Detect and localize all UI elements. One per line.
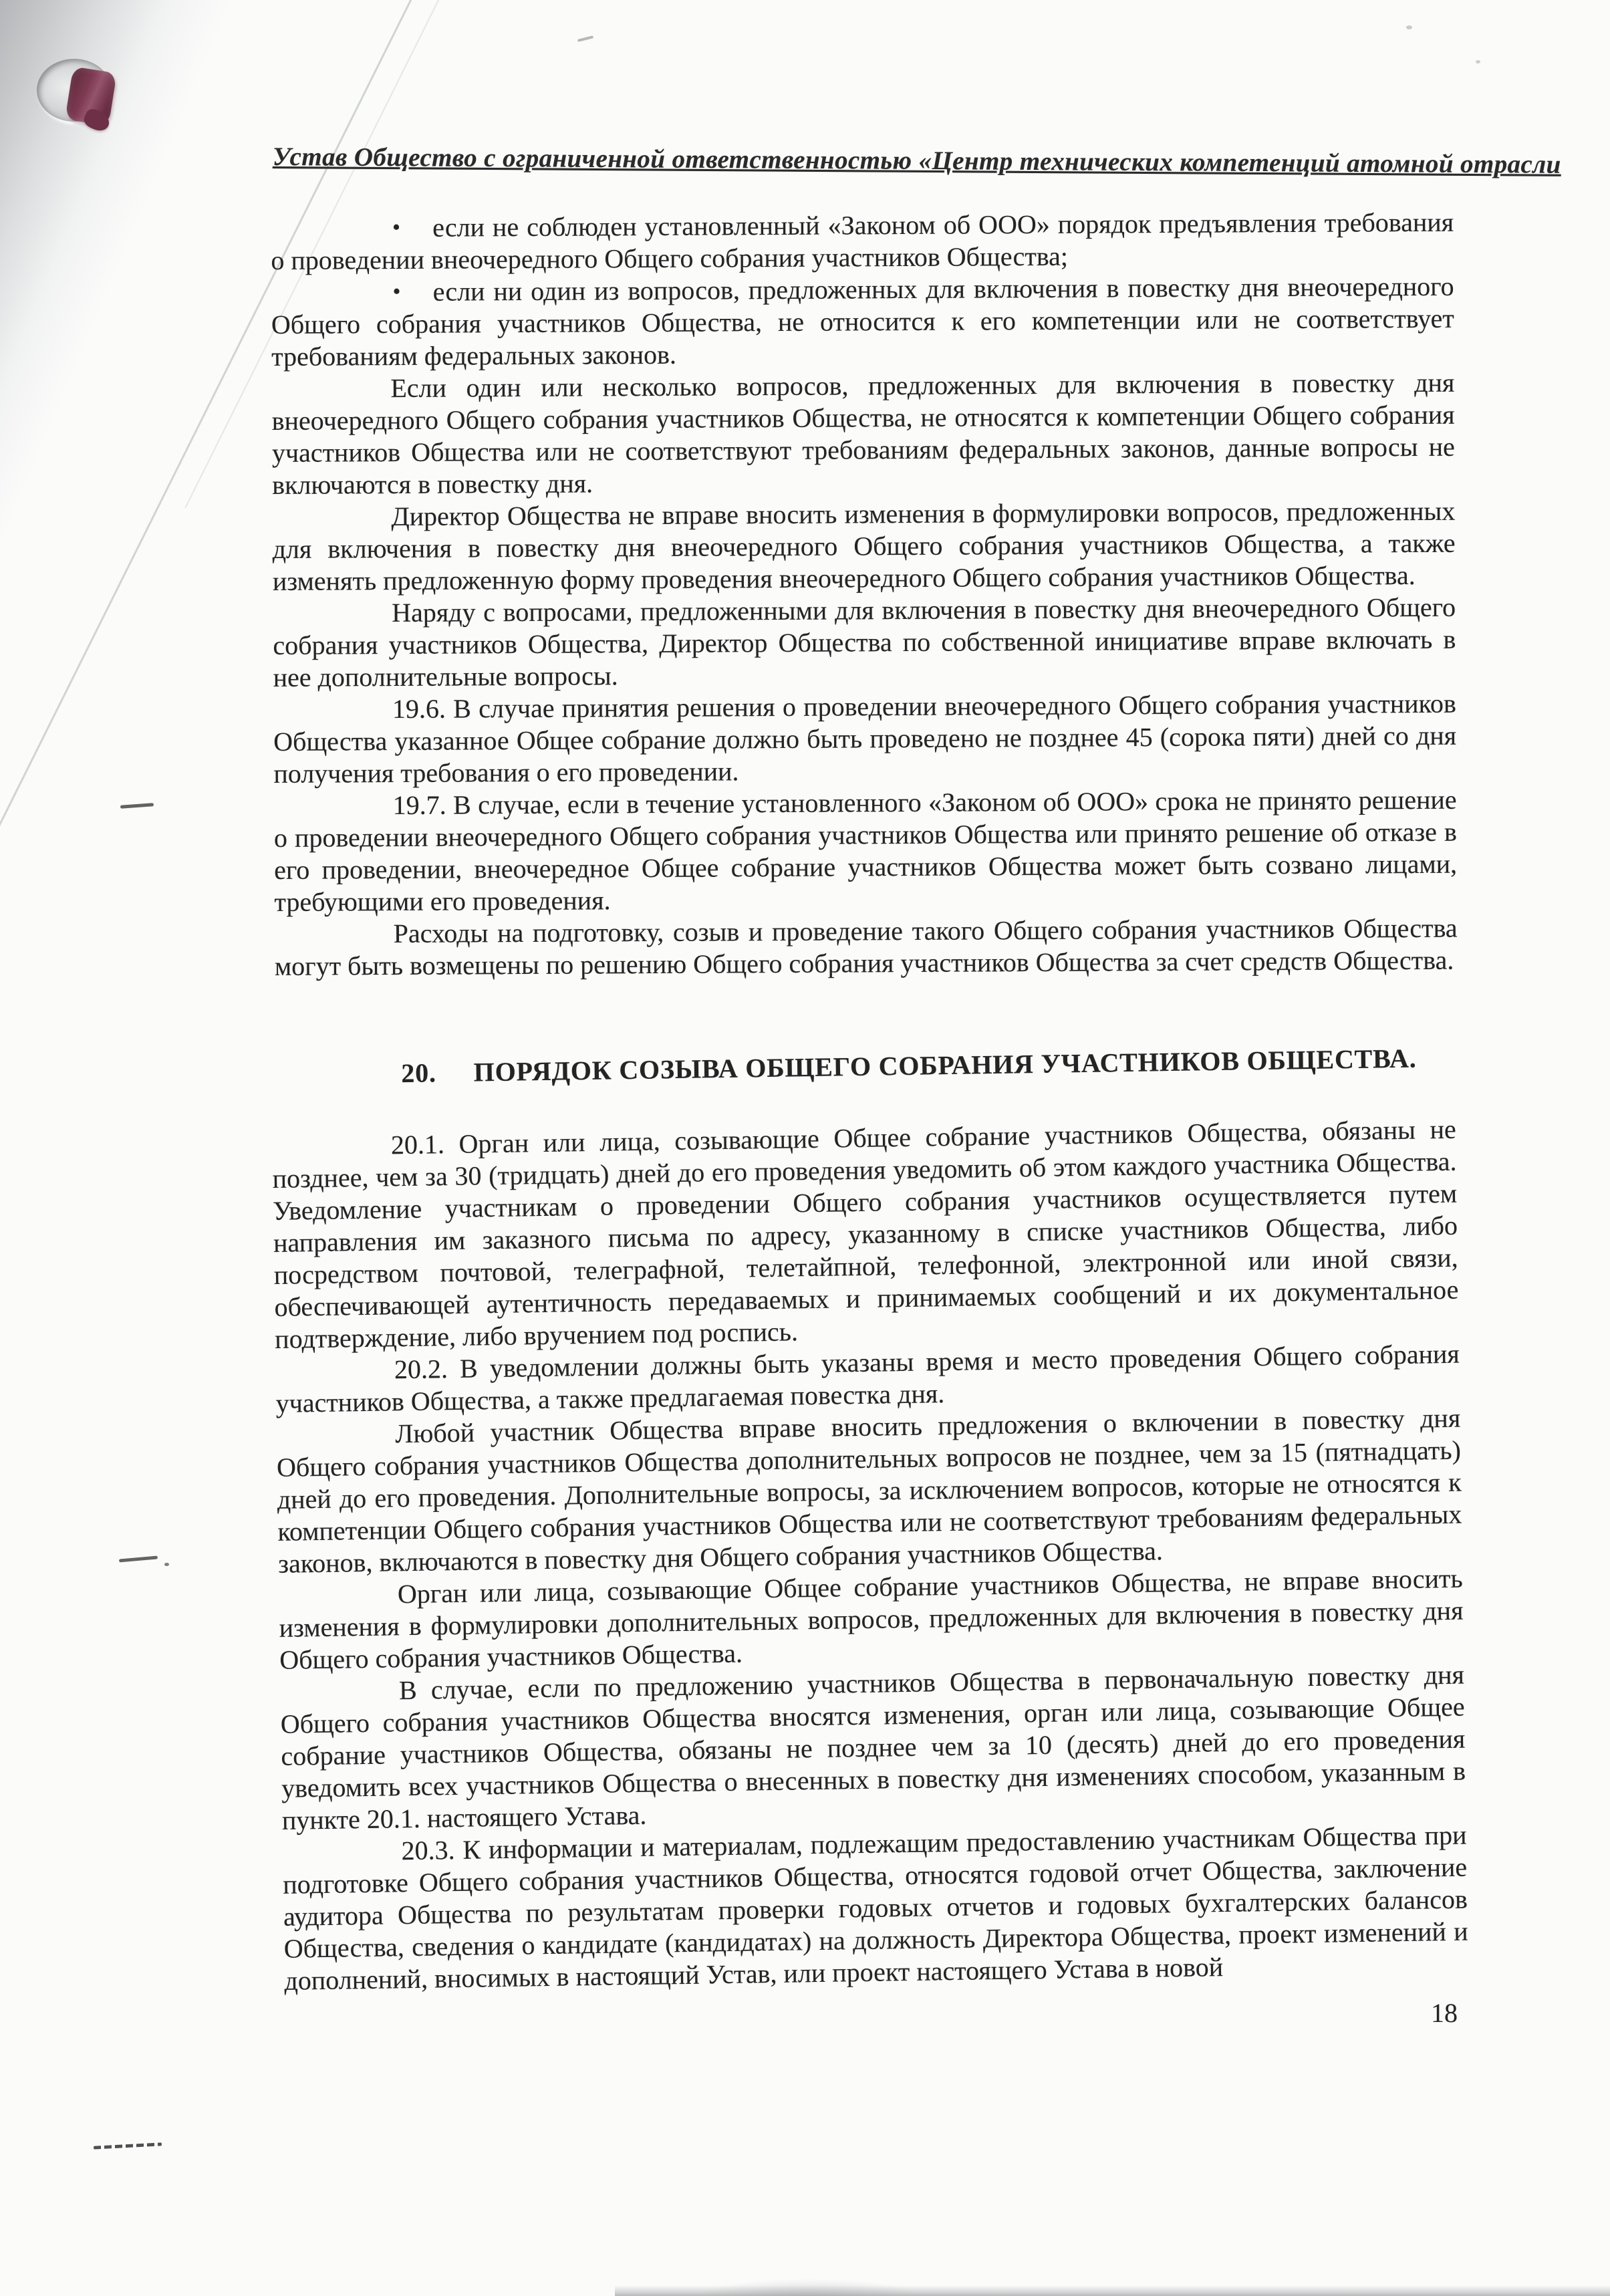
paragraph-19-7: 19.7. В случае, если в течение установле… xyxy=(274,784,1458,918)
document-running-header: Устав Общество с ограниченной ответствен… xyxy=(273,142,1469,179)
section-20-text-block: 20.ПОРЯДОК СОЗЫВА ОБЩЕГО СОБРАНИЯ УЧАСТН… xyxy=(271,1042,1469,1997)
bottom-dashed-scribble xyxy=(94,2142,162,2149)
paragraph-agenda-change-notice: В случае, если по предложению участников… xyxy=(280,1659,1466,1837)
paragraph-no-wording-changes: Орган или лица, созывающие Общее собрани… xyxy=(279,1563,1464,1676)
bullet-icon: • xyxy=(393,276,433,308)
paragraph-19-6: 19.6. В случае принятия решения о провед… xyxy=(273,688,1457,790)
margin-pen-mark-dot xyxy=(164,1563,169,1566)
scan-speck xyxy=(1406,25,1412,29)
paragraph-20-1: 20.1. Орган или лица, созывающие Общее с… xyxy=(272,1114,1460,1356)
page-number: 18 xyxy=(1431,1997,1458,2029)
paragraph-20-3: 20.3. К информации и материалам, подлежа… xyxy=(282,1819,1468,1997)
margin-pen-mark xyxy=(119,1555,158,1562)
paragraph-director-restrictions: Директор Общества не вправе вносить изме… xyxy=(272,495,1456,598)
bullet-icon: • xyxy=(392,212,432,244)
section-20-title: ПОРЯДОК СОЗЫВА ОБЩЕГО СОБРАНИЯ УЧАСТНИКО… xyxy=(473,1043,1416,1088)
scanned-charter-page: { "page": { "header_title": "Устав Общес… xyxy=(0,0,1610,2296)
bullet-item: •если не соблюден установленный «Законом… xyxy=(271,207,1454,277)
margin-pen-mark xyxy=(120,803,154,808)
paragraph-agenda-exclusion: Если один или несколько вопросов, предло… xyxy=(271,367,1455,501)
bullet-item-text: если ни один из вопросов, предложенных д… xyxy=(271,271,1454,372)
paragraph-director-additional-questions: Наряду с вопросами, предложенными для вк… xyxy=(273,592,1456,694)
bullet-item-text: если не соблюден установленный «Законом … xyxy=(271,207,1454,275)
bullet-item: •если ни один из вопросов, предложенных … xyxy=(271,271,1455,373)
section-20-number: 20. xyxy=(401,1057,436,1088)
paragraph-member-proposals: Любой участник Общества вправе вносить п… xyxy=(276,1402,1462,1580)
scan-speck xyxy=(1476,60,1480,63)
scan-speck xyxy=(577,35,593,42)
scanner-edge-smudge xyxy=(695,2279,922,2296)
section-20-heading: 20.ПОРЯДОК СОЗЫВА ОБЩЕГО СОБРАНИЯ УЧАСТН… xyxy=(271,1042,1456,1091)
section-19-text-block: •если не соблюден установленный «Законом… xyxy=(271,207,1458,983)
paragraph-expenses: Расходы на подготовку, созыв и проведени… xyxy=(275,912,1458,983)
